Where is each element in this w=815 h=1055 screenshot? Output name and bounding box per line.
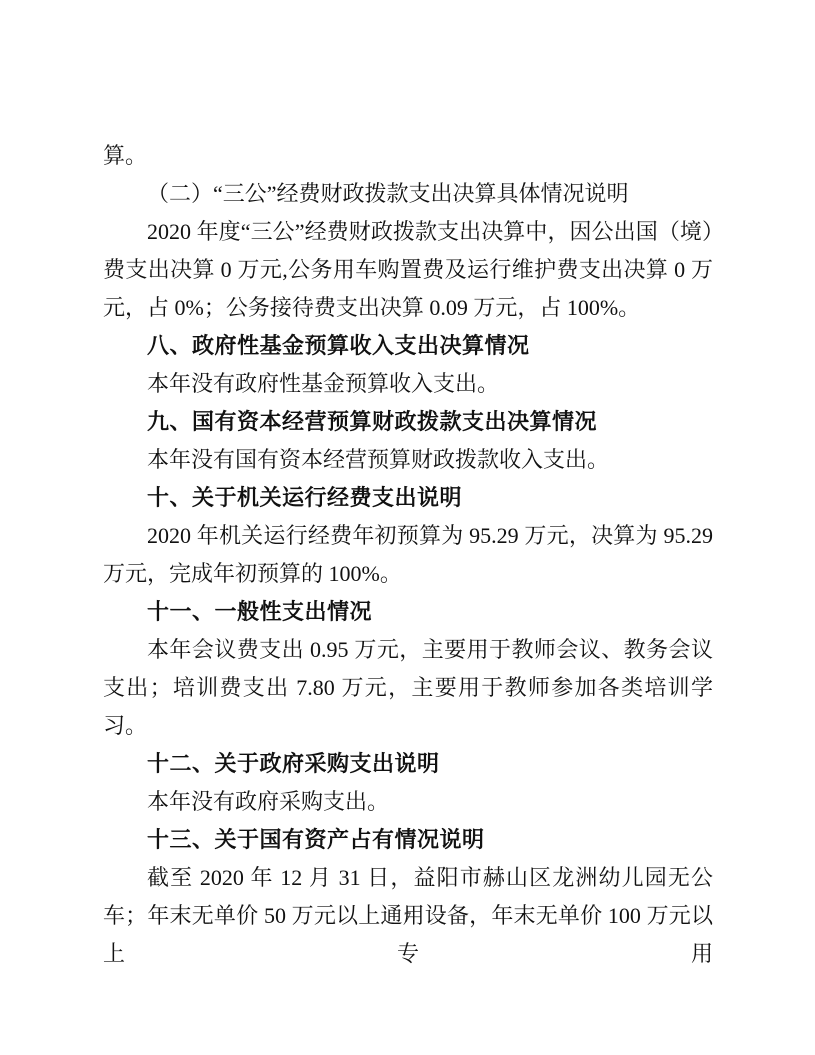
page-number: 7 [0, 906, 815, 930]
section-heading-9-state-capital: 九、国有资本经营预算财政拨款支出决算情况 [103, 403, 713, 441]
body-paragraph-no-government-funds: 本年没有政府性基金预算收入支出。 [103, 365, 713, 403]
paragraph-continuation: 算。 [103, 137, 713, 175]
subheading-sangong-details: （二）“三公”经费财政拨款支出决算具体情况说明 [103, 175, 713, 213]
section-heading-11-general-expenditure: 十一、一般性支出情况 [103, 593, 713, 631]
section-heading-13-state-assets: 十三、关于国有资产占有情况说明 [103, 821, 713, 859]
document-page: 算。 （二）“三公”经费财政拨款支出决算具体情况说明 2020 年度“三公”经费… [0, 0, 815, 1055]
body-paragraph-sangong-figures: 2020 年度“三公”经费财政拨款支出决算中，因公出国（境）费支出决算 0 万元… [103, 213, 713, 327]
body-paragraph-no-procurement: 本年没有政府采购支出。 [103, 783, 713, 821]
section-heading-8-government-funds: 八、政府性基金预算收入支出决算情况 [103, 327, 713, 365]
body-paragraph-meeting-training-fees: 本年会议费支出 0.95 万元，主要用于教师会议、教务会议支出；培训费支出 7.… [103, 631, 713, 745]
body-paragraph-no-state-capital: 本年没有国有资本经营预算财政拨款收入支出。 [103, 441, 713, 479]
body-paragraph-operating-expenses-figures: 2020 年机关运行经费年初预算为 95.29 万元，决算为 95.29 万元，… [103, 517, 713, 593]
document-content: 算。 （二）“三公”经费财政拨款支出决算具体情况说明 2020 年度“三公”经费… [103, 137, 713, 973]
section-heading-10-operating-expenses: 十、关于机关运行经费支出说明 [103, 479, 713, 517]
section-heading-12-government-procurement: 十二、关于政府采购支出说明 [103, 745, 713, 783]
